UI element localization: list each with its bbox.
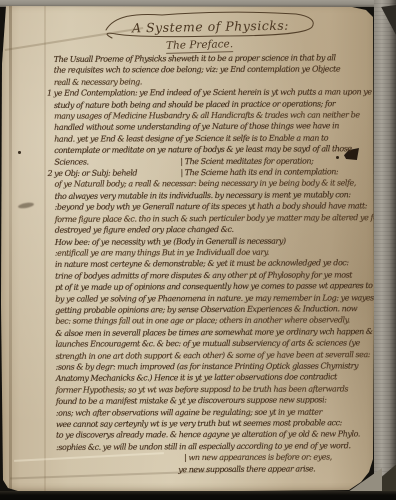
preface-block: The Preface. bbox=[130, 33, 270, 53]
preface-heading: The Preface. bbox=[166, 38, 234, 54]
manuscript-line: ye new supposalls there appear arise. bbox=[56, 463, 376, 476]
manuscript-page: A Systeme of Physicks: The Preface. The … bbox=[0, 4, 380, 492]
ink-speck bbox=[18, 151, 21, 154]
manuscript-photo: A Systeme of Physicks: The Preface. The … bbox=[0, 0, 396, 500]
manuscript-line: pt of it ye made up of opinions and cons… bbox=[55, 280, 375, 293]
table-bottom-edge bbox=[0, 491, 396, 500]
vertical-crease bbox=[9, 4, 12, 492]
ink-smudge bbox=[18, 202, 35, 210]
book-binding-top-edge bbox=[0, 0, 396, 7]
vertical-crease-faint bbox=[44, 4, 46, 492]
marginal-note: | The Scient meditates for operation; bbox=[180, 155, 313, 167]
manuscript-lines: The Usuall Proeme of Physicks sheweth it… bbox=[47, 52, 377, 480]
page-block-right-edge bbox=[374, 0, 396, 500]
